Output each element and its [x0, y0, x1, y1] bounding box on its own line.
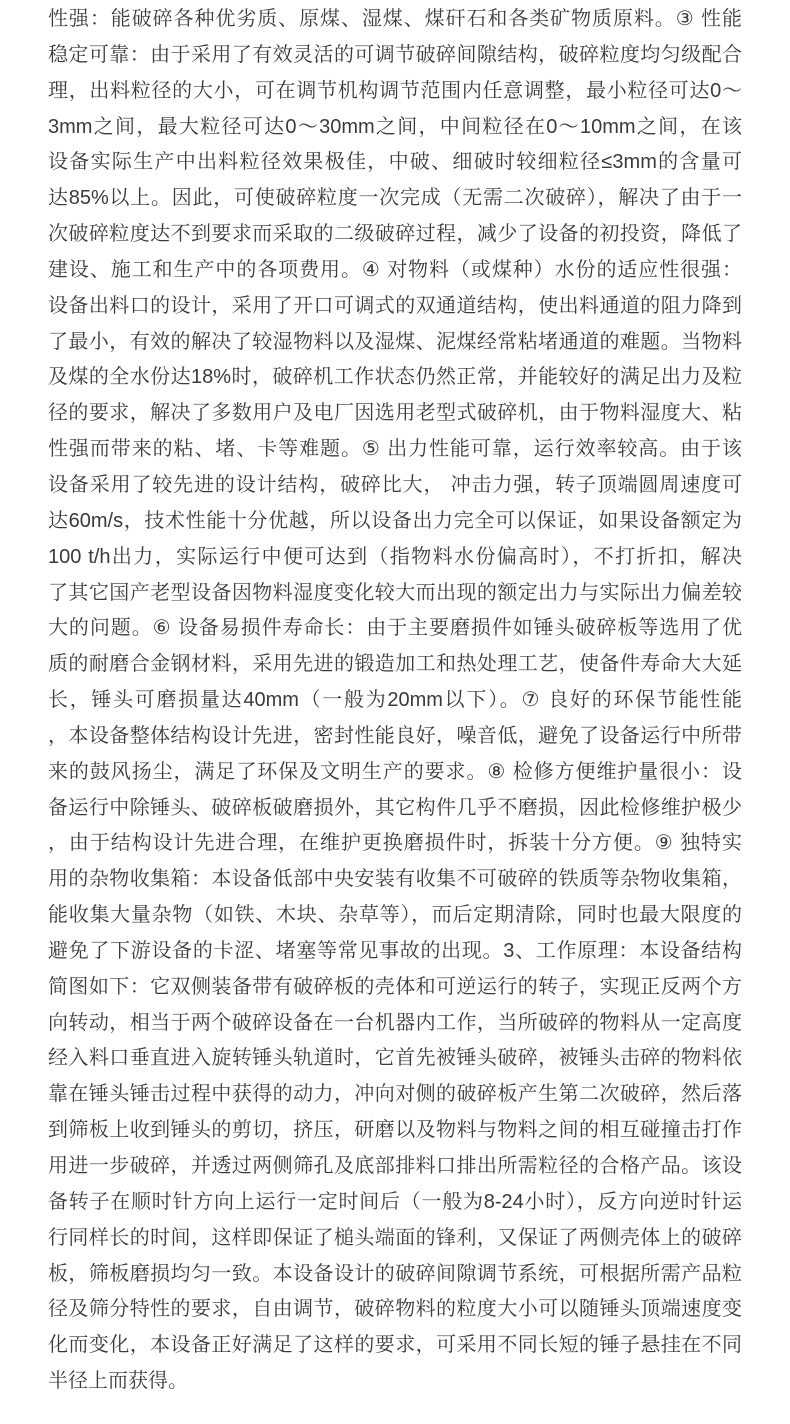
text-line: 用进一步破碎，并透过两侧筛孔及底部排料口排出所需粒径的合格产品。该设 — [48, 1149, 742, 1185]
text-line: 设备采用了较先进的设计结构，破碎比大， 冲击力强，转子顶端圆周速度可 — [48, 468, 742, 504]
text-line: 质的耐磨合金钢材料，采用先进的锻造加工和热处理工艺，使备件寿命大大延 — [48, 647, 742, 683]
text-line: 设备出料口的设计，采用了开口可调式的双通道结构，使出料通道的阻力降到 — [48, 289, 742, 325]
text-line: 了其它国产老型设备因物料湿度变化较大而出现的额定出力与实际出力偏差较 — [48, 576, 742, 612]
text-line: 能收集大量杂物（如铁、木块、杂草等），而后定期清除，同时也最大限度的 — [48, 898, 742, 934]
text-line: 向转动，相当于两个破碎设备在一台机器内工作，当所破碎的物料从一定高度 — [48, 1006, 742, 1042]
text-line: 避免了下游设备的卡涩、堵塞等常见事故的出现。3、工作原理：本设备结构 — [48, 934, 742, 970]
text-line: 来的鼓风扬尘，满足了环保及文明生产的要求。⑧ 检修方便维护量很小：设 — [48, 755, 742, 791]
text-line: 100 t/h出力，实际运行中便可达到（指物料水份偏高时），不打折扣，解决 — [48, 540, 742, 576]
text-line: 性强而带来的粘、堵、卡等难题。⑤ 出力性能可靠，运行效率较高。由于该 — [48, 432, 742, 468]
text-paragraph: 性强：能破碎各种优劣质、原煤、湿煤、煤矸石和各类矿物质原料。③ 性能稳定可靠：由… — [48, 2, 742, 1400]
text-line: 建设、施工和生产中的各项费用。④ 对物料（或煤种）水份的适应性很强： — [48, 253, 742, 289]
text-line: 行同样长的时间，这样即保证了槌头端面的锋利，又保证了两侧壳体上的破碎 — [48, 1221, 742, 1257]
document-page: 性强：能破碎各种优劣质、原煤、湿煤、煤矸石和各类矿物质原料。③ 性能稳定可靠：由… — [0, 0, 790, 1400]
text-line: 化而变化，本设备正好满足了这样的要求，可采用不同长短的锤子悬挂在不同 — [48, 1328, 742, 1364]
text-line: 达85%以上。因此，可使破碎粒度一次完成（无需二次破碎），解决了由于一 — [48, 181, 742, 217]
text-line: 了最小，有效的解决了较湿物料以及湿煤、泥煤经常粘堵通道的难题。当物料 — [48, 325, 742, 361]
text-line: 经入料口垂直进入旋转锤头轨道时，它首先被锤头破碎，被锤头击碎的物料依 — [48, 1041, 742, 1077]
text-line: 简图如下：它双侧装备带有破碎板的壳体和可逆运行的转子，实现正反两个方 — [48, 970, 742, 1006]
text-line: 3mm之间，最大粒径可达0～30mm之间，中间粒径在0～10mm之间，在该 — [48, 110, 742, 146]
text-line: 备运行中除锤头、破碎板破磨损外，其它构件几乎不磨损，因此检修维护极少 — [48, 791, 742, 827]
text-line: 板，筛板磨损均匀一致。本设备设计的破碎间隙调节系统，可根据所需产品粒 — [48, 1257, 742, 1293]
text-line: 稳定可靠：由于采用了有效灵活的可调节破碎间隙结构，破碎粒度均匀级配合 — [48, 38, 742, 74]
text-line: 及煤的全水份达18%时，破碎机工作状态仍然正常，并能较好的满足出力及粒 — [48, 360, 742, 396]
text-line: 用的杂物收集箱：本设备低部中央安装有收集不可破碎的铁质等杂物收集箱， — [48, 862, 742, 898]
text-line: 靠在锤头锤击过程中获得的动力，冲向对侧的破碎板产生第二次破碎，然后落 — [48, 1077, 742, 1113]
text-line: 达60m/s，技术性能十分优越，所以设备出力完全可以保证，如果设备额定为 — [48, 504, 742, 540]
text-line: ，本设备整体结构设计先进，密封性能良好，噪音低，避免了设备运行中所带 — [48, 719, 742, 755]
text-line: ，由于结构设计先进合理，在维护更换磨损件时，拆装十分方便。⑨ 独特实 — [48, 826, 742, 862]
text-line: 备转子在顺时针方向上运行一定时间后（一般为8-24小时），反方向逆时针运 — [48, 1185, 742, 1221]
text-line: 径的要求，解决了多数用户及电厂因选用老型式破碎机，由于物料湿度大、粘 — [48, 396, 742, 432]
text-line: 理，出料粒径的大小，可在调节机构调节范围内任意调整，最小粒径可达0～ — [48, 74, 742, 110]
text-line: 大的问题。⑥ 设备易损件寿命长：由于主要磨损件如锤头破碎板等选用了优 — [48, 611, 742, 647]
text-line: 设备实际生产中出料粒径效果极佳，中破、细破时较细粒径≤3mm的含量可 — [48, 145, 742, 181]
text-line: 半径上而获得。 — [48, 1364, 742, 1400]
text-line: 性强：能破碎各种优劣质、原煤、湿煤、煤矸石和各类矿物质原料。③ 性能 — [48, 2, 742, 38]
text-line: 次破碎粒度达不到要求而采取的二级破碎过程，减少了设备的初投资，降低了 — [48, 217, 742, 253]
text-line: 长，锤头可磨损量达40mm（一般为20mm以下）。⑦ 良好的环保节能性能 — [48, 683, 742, 719]
text-line: 径及筛分特性的要求，自由调节，破碎物料的粒度大小可以随锤头顶端速度变 — [48, 1292, 742, 1328]
text-line: 到筛板上收到锤头的剪切，挤压，研磨以及物料与物料之间的相互碰撞击打作 — [48, 1113, 742, 1149]
